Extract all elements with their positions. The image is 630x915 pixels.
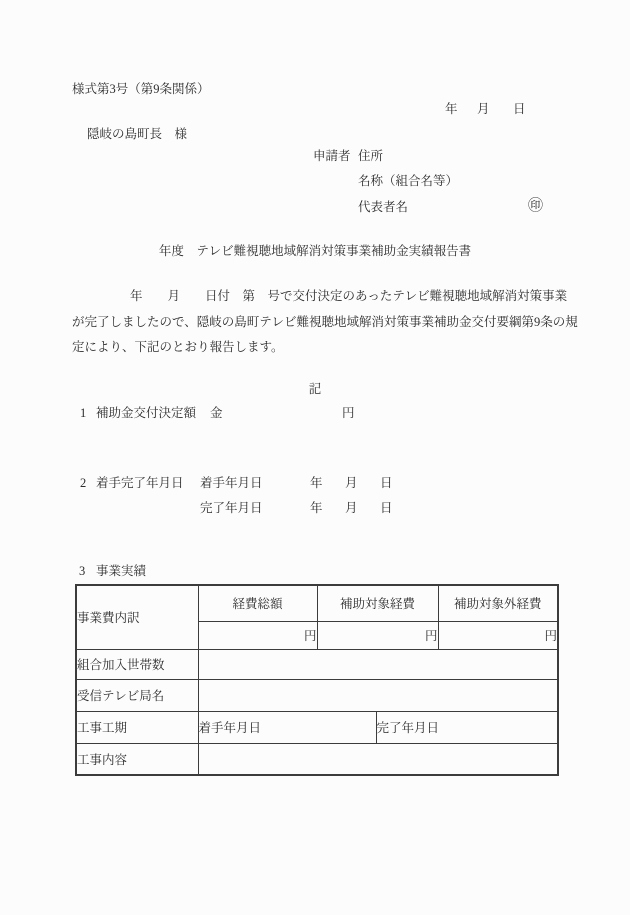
cell-non-subsidized-expense-unit: 円 [438,621,558,649]
item3-number: 3 [79,564,85,580]
cell-non-subsidized-expense-header: 補助対象外経費 [438,585,558,621]
cell-construction-details-value [198,743,558,775]
item2-end-label: 完了年月日 [200,501,263,517]
table-row-member-households: 組合加入世帯数 [76,649,558,679]
cell-subsidized-expense-header: 補助対象経費 [317,585,438,621]
cell-expense-breakdown-label: 事業費内訳 [76,585,198,649]
header-date-month-label: 月 [477,102,490,118]
item2-label: 着手完了年月日 [96,476,184,492]
item1-label: 補助金交付決定額 [96,406,196,422]
applicant-label: 申請者 [313,149,351,165]
item2-end-month-label: 月 [345,501,358,517]
item2-end-year-label: 年 [310,501,323,517]
cell-total-expense-unit: 円 [198,621,317,649]
header-date-year-label: 年 [445,102,458,118]
table-row-construction-period: 工事工期 着手年月日 完了年月日 [76,711,558,743]
applicant-address-label: 住所 [358,149,383,165]
cell-subsidized-expense-unit: 円 [317,621,438,649]
cell-member-households-label: 組合加入世帯数 [76,649,198,679]
item1-number: 1 [80,406,86,422]
header-date-day-label: 日 [513,102,526,118]
item2-start-month-label: 月 [345,476,358,492]
item2-number: 2 [80,476,86,492]
seal-mark-icon: ㊞ [528,197,543,216]
cell-construction-end-label: 完了年月日 [376,711,558,743]
item1-unit: 円 [342,406,355,422]
cell-total-expense-header: 経費総額 [198,585,317,621]
table-row-tv-station: 受信テレビ局名 [76,679,558,711]
cell-construction-details-label: 工事内容 [76,743,198,775]
form-number: 様式第3号（第9条関係） [72,82,210,98]
table-row-construction-details: 工事内容 [76,743,558,775]
item2-start-year-label: 年 [310,476,323,492]
cell-tv-station-label: 受信テレビ局名 [76,679,198,711]
item3-label: 事業実績 [96,564,146,580]
document-title: 年度 テレビ難視聴地域解消対策事業補助金実績報告書 [0,244,630,260]
body-paragraph-line1: 年 月 日付 第 号で交付決定のあったテレビ難視聴地域解消対策事業 [130,289,567,305]
document-page: 様式第3号（第9条関係） 年 月 日 隠岐の島町長 様 申請者 住所 名称（組合… [0,0,630,915]
table-row-expense-header: 事業費内訳 経費総額 補助対象経費 補助対象外経費 [76,585,558,621]
item2-start-day-label: 日 [380,476,393,492]
record-mark: 記 [0,382,630,398]
item1-amount-prefix: 金 [210,406,223,422]
cell-member-households-value [198,649,558,679]
item2-start-label: 着手年月日 [200,476,263,492]
applicant-name-label: 名称（組合名等） [358,174,458,190]
cell-tv-station-value [198,679,558,711]
cell-construction-period-label: 工事工期 [76,711,198,743]
applicant-representative-label: 代表者名 [358,200,408,216]
body-paragraph-line2: が完了しましたので、隠岐の島町テレビ難視聴地域解消対策事業補助金交付要綱第9条の… [72,315,578,331]
body-paragraph-line3: 定により、下記のとおり報告します。 [72,340,284,356]
cell-construction-start-label: 着手年月日 [198,711,376,743]
addressee: 隠岐の島町長 様 [87,127,187,143]
business-results-table: 事業費内訳 経費総額 補助対象経費 補助対象外経費 円 円 円 組合加入世帯数 … [75,584,559,776]
item2-end-day-label: 日 [380,501,393,517]
